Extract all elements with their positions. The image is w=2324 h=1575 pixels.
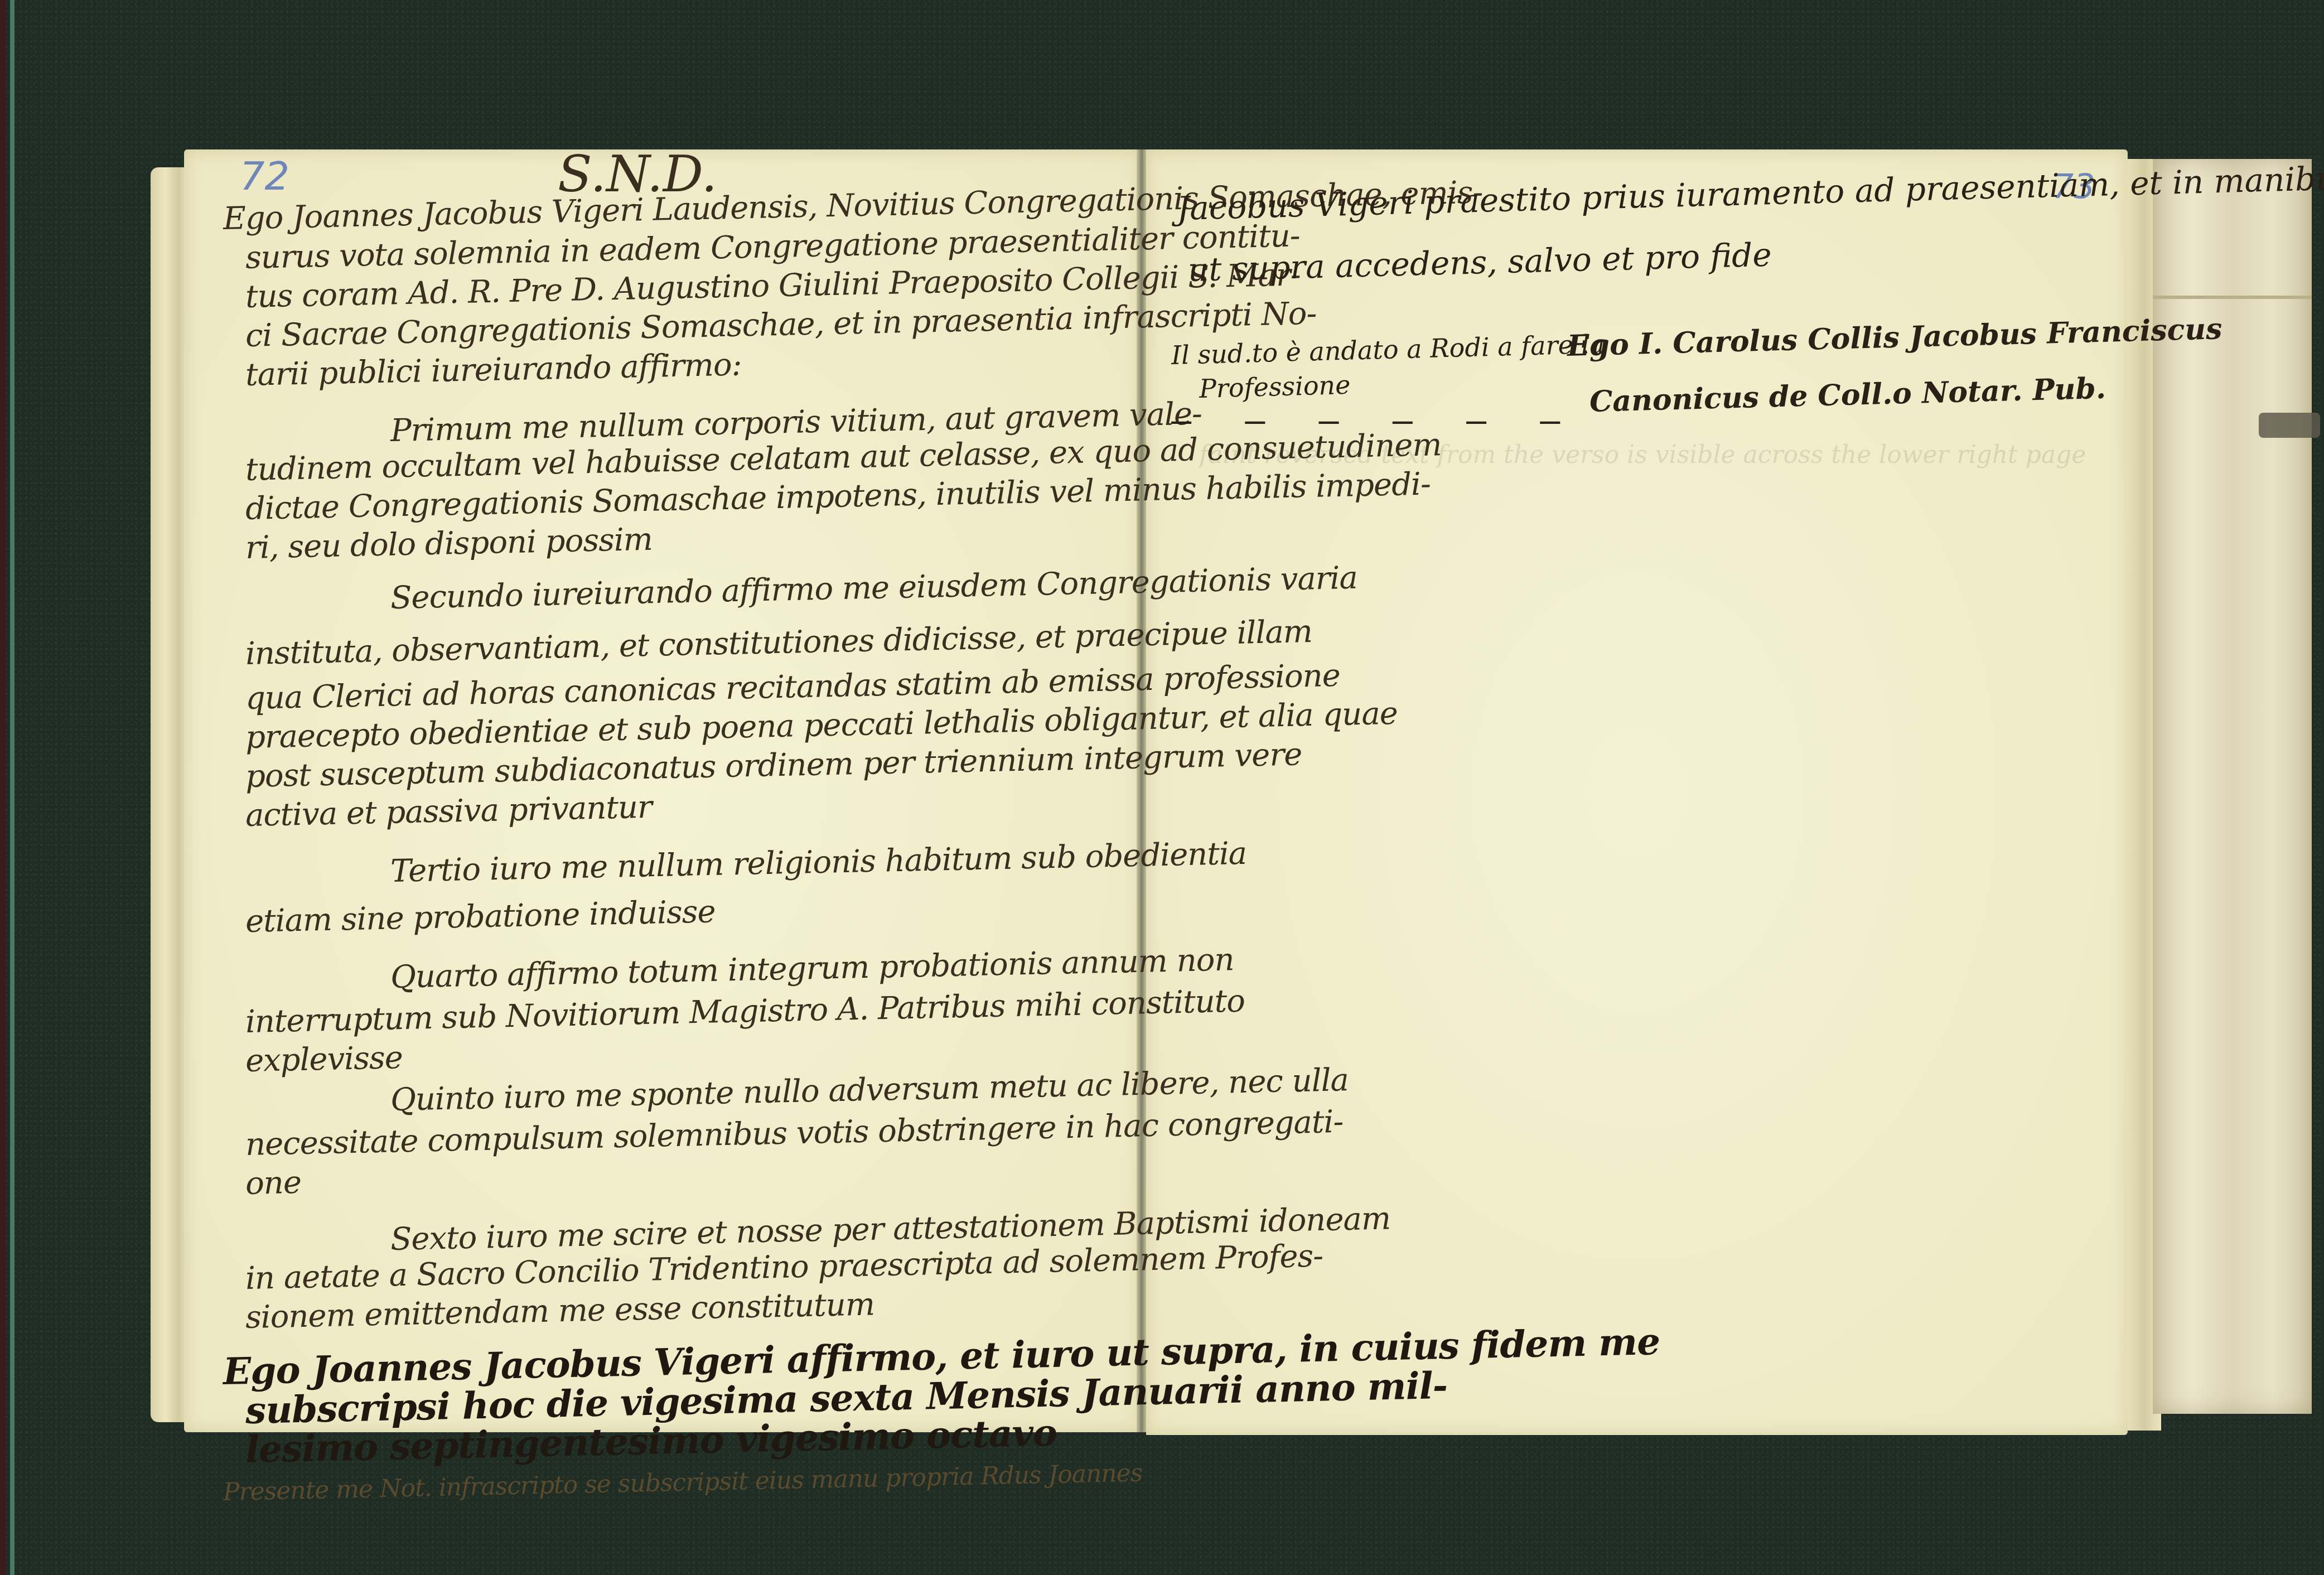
tabbed-side-leaves xyxy=(2153,159,2312,1414)
open-register: 72 S.N.D. Ego Joannes Jacobus Vigeri Lau… xyxy=(0,0,2324,1575)
folio-number-left: 72 xyxy=(240,153,289,199)
text-line: one xyxy=(245,1165,301,1202)
text-line: explevisse xyxy=(245,1040,403,1079)
tab-stain xyxy=(2259,413,2320,438)
tab-fold-line xyxy=(2153,296,2312,299)
margin-note-line: Professione xyxy=(1199,370,1351,404)
bleed-through-text: faint reversed text from the verso is vi… xyxy=(1199,435,2091,1355)
